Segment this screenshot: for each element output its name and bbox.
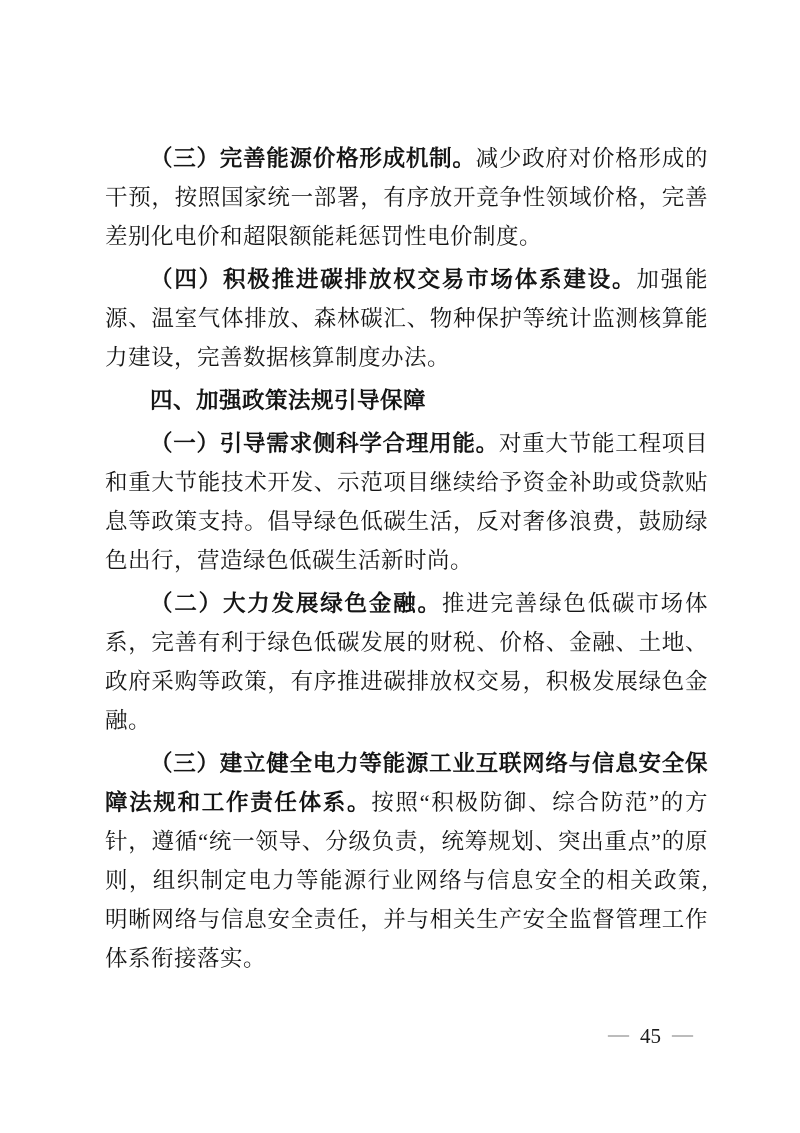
paragraph-3-info-security: （三）建立健全电力等能源工业互联网络与信息安全保障法规和工作责任体系。按照“积极… — [105, 744, 708, 978]
paragraph-4-carbon-trading: （四）积极推进碳排放权交易市场体系建设。加强能源、温室气体排放、森林碳汇、物种保… — [105, 260, 708, 377]
document-page: （三）完善能源价格形成机制。减少政府对价格形成的干预，按照国家统一部署，有序放开… — [0, 0, 800, 1133]
section-heading-4: 四、加强政策法规引导保障 — [105, 381, 708, 420]
footer-left-dash: — — [608, 1022, 629, 1046]
page-number: 45 — [640, 1024, 661, 1048]
document-body: （三）完善能源价格形成机制。减少政府对价格形成的干预，按照国家统一部署，有序放开… — [105, 139, 708, 978]
paragraph-text: 按照“积极防御、综合防范”的方针，遵循“统一领导、分级负责，统筹规划、突出重点”… — [105, 790, 708, 971]
paragraph-lead: （三）完善能源价格形成机制。 — [150, 146, 476, 171]
paragraph-1-demand-side: （一）引导需求侧科学合理用能。对重大节能工程项目和重大节能技术开发、示范项目继续… — [105, 424, 708, 580]
paragraph-lead: （四）积极推进碳排放权交易市场体系建设。 — [150, 267, 636, 292]
paragraph-lead: （一）引导需求侧科学合理用能。 — [150, 431, 499, 456]
page-number-footer: —45— — [597, 1024, 704, 1048]
footer-right-dash: — — [672, 1022, 693, 1046]
paragraph-lead: （二）大力发展绿色金融。 — [150, 591, 442, 616]
paragraph-3-price-mechanism: （三）完善能源价格形成机制。减少政府对价格形成的干预，按照国家统一部署，有序放开… — [105, 139, 708, 256]
paragraph-2-green-finance: （二）大力发展绿色金融。推进完善绿色低碳市场体系，完善有利于绿色低碳发展的财税、… — [105, 584, 708, 740]
